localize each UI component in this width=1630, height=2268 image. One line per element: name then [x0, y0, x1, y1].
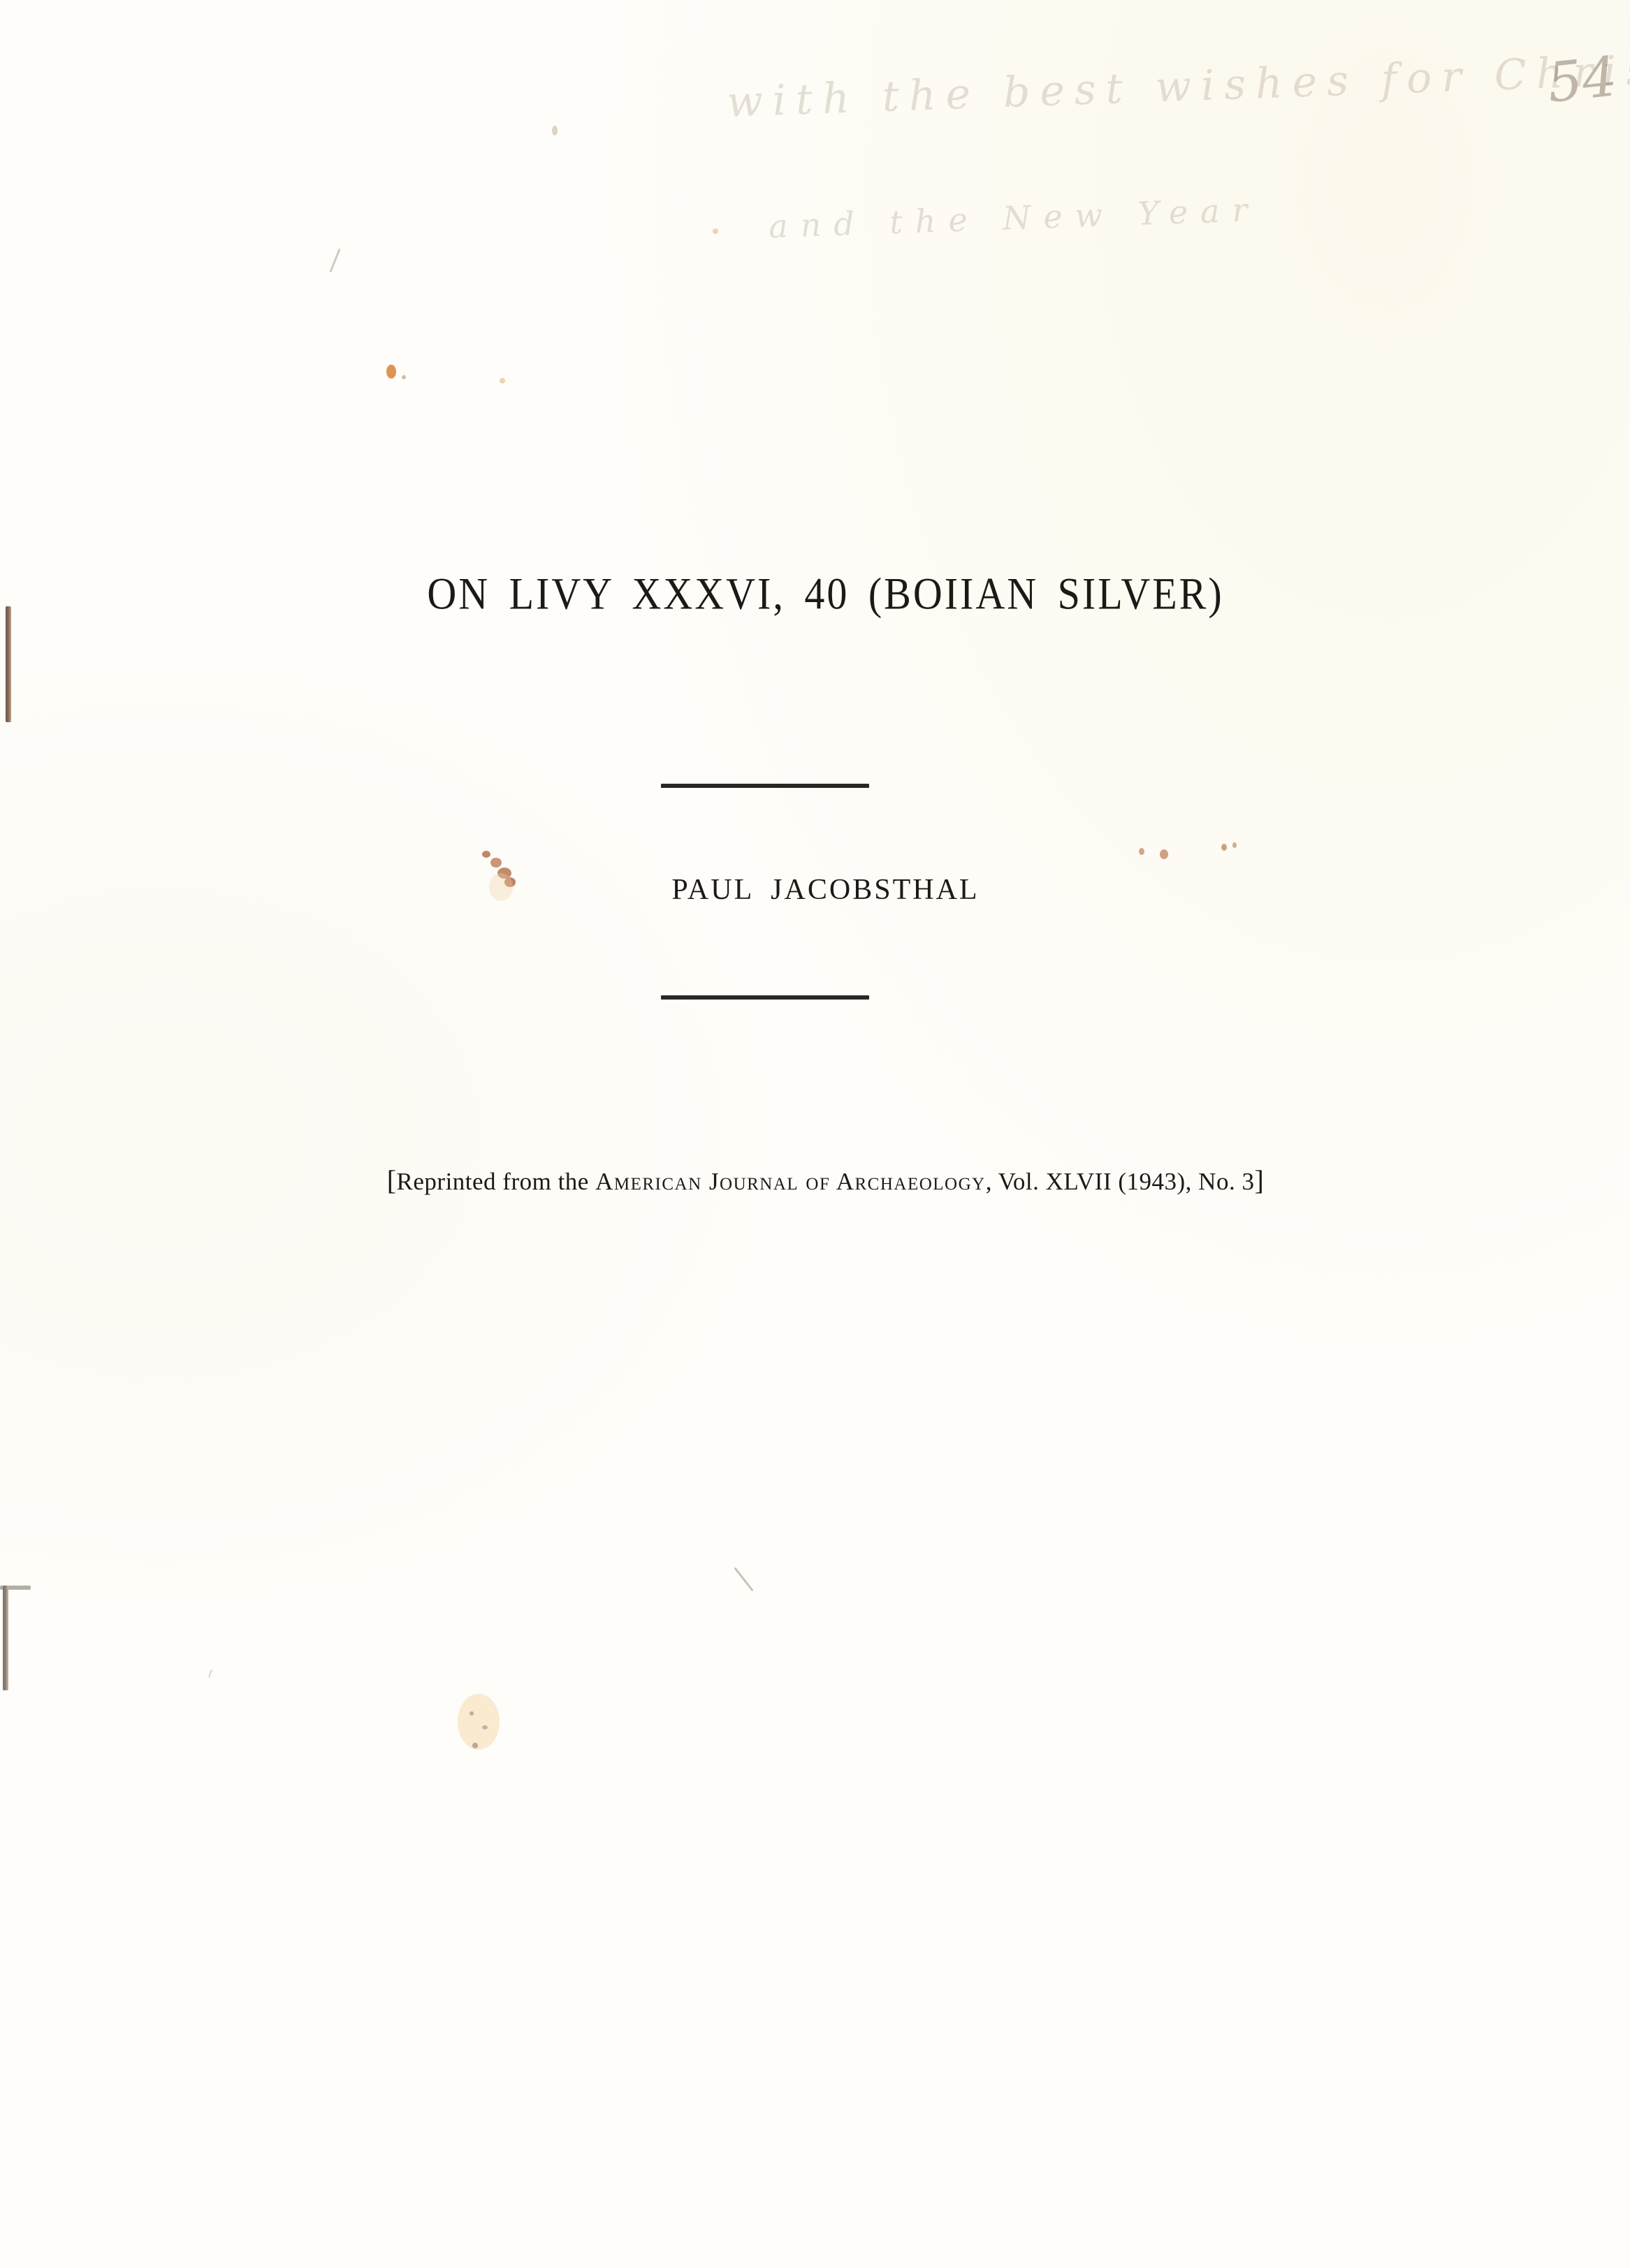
foxing-spot: [1160, 849, 1168, 859]
foxing-spot: [1139, 848, 1144, 855]
pencil-mark: [734, 1567, 753, 1592]
document-title: ON LIVY XXXVI, 40 (BOIIAN SILVER): [0, 567, 1630, 620]
handwritten-inscription-line-2: and the New Year: [768, 191, 1260, 246]
document-page: with the best wishes for Christmas and t…: [0, 0, 1630, 2268]
reprint-volume-info: , Vol. XLVII (1943), No. 3: [986, 1168, 1255, 1195]
staple-top: [6, 606, 11, 722]
reprint-prefix: Reprinted from the: [397, 1168, 596, 1195]
foxing-spot: [482, 851, 490, 858]
journal-name: American Journal of Archaeology: [595, 1168, 986, 1195]
divider-rule-top: [661, 784, 869, 788]
author-name: PAUL JACOBSTHAL: [0, 873, 1630, 907]
handwritten-page-number: 54: [1545, 45, 1620, 115]
staple-bottom: [3, 1586, 8, 1690]
pencil-mark: [329, 249, 340, 273]
foxing-spot: [470, 1711, 474, 1715]
foxing-spot: [1221, 844, 1227, 851]
foxing-spot: [552, 126, 558, 136]
handwritten-inscription-line-1: with the best wishes for Christmas: [726, 41, 1630, 127]
foxing-spot: [402, 375, 406, 379]
foxing-spot: [490, 858, 502, 868]
foxing-spot: [713, 228, 718, 234]
foxing-spot: [1232, 842, 1237, 848]
foxing-spot: [482, 1725, 488, 1729]
open-bracket: [: [387, 1164, 397, 1196]
foxing-spot: [386, 365, 396, 379]
foxing-spot: [472, 1743, 478, 1748]
close-bracket: ]: [1254, 1164, 1264, 1196]
foxing-stain: [458, 1694, 500, 1750]
pencil-mark: [208, 1669, 212, 1678]
foxing-spot: [489, 873, 513, 901]
foxing-spot: [500, 378, 505, 383]
reprint-citation: [Reprinted from the American Journal of …: [0, 1164, 1630, 1197]
divider-rule-bottom: [661, 995, 869, 1000]
